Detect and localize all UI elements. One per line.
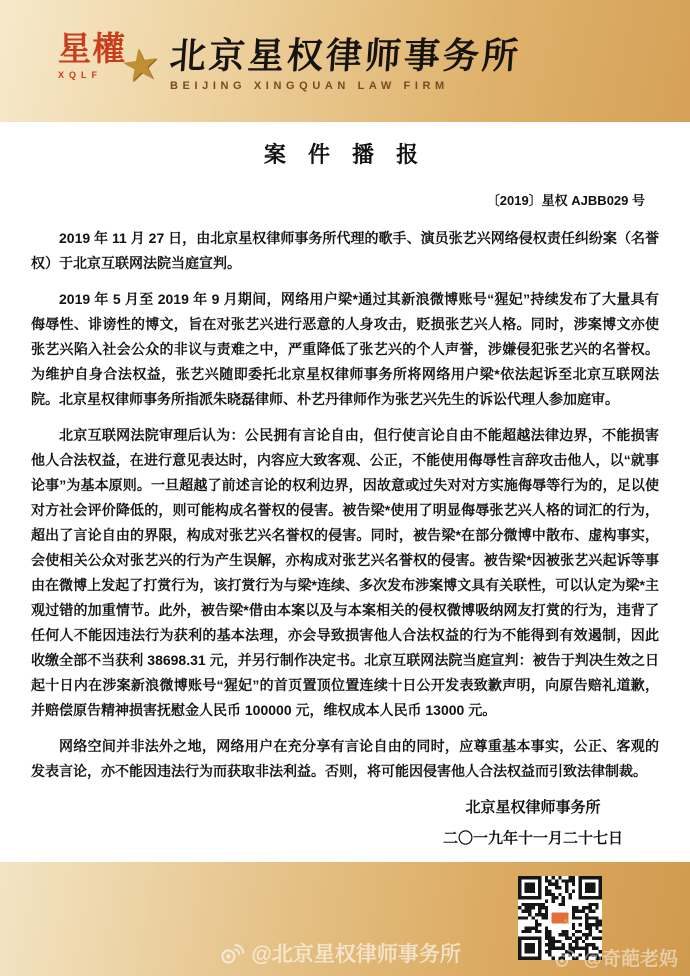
paragraph-court-findings: 北京互联网法院审理后认为：公民拥有言论自由，但行使言论自由不能超越法律边界，不能… bbox=[31, 423, 659, 723]
firm-names: 北京星权律师事务所 BEIJING XINGQUAN LAW FIRM bbox=[170, 34, 521, 92]
firm-seal: 星權 ★ XQLF bbox=[58, 34, 144, 100]
footer-band: @北京星权律师事务所 @奇葩老妈 bbox=[0, 862, 690, 976]
paragraph-case-background: 2019 年 5 月至 2019 年 9 月期间，网络用户梁*通过其新浪微博账号… bbox=[31, 287, 659, 412]
firm-name-en: BEIJING XINGQUAN LAW FIRM bbox=[170, 80, 521, 92]
firm-logo: 星權 ★ XQLF 北京星权律师事务所 BEIJING XINGQUAN LAW… bbox=[58, 34, 521, 100]
firm-name-cn: 北京星权律师事务所 bbox=[169, 36, 523, 76]
watermark-right-text: @奇葩老妈 bbox=[583, 944, 678, 971]
paragraph-closing-remark: 网络空间并非法外之地，网络用户在充分享有言论自由的同时，应尊重基本事实，公正、客… bbox=[31, 734, 659, 784]
document-number: 〔2019〕星权 AJBB029 号 bbox=[31, 190, 659, 209]
watermark-center-text: @北京星权律师事务所 bbox=[251, 938, 460, 968]
paragraph-verdict-announced: 2019 年 11 月 27 日，由北京星权律师事务所代理的歌手、演员张艺兴网络… bbox=[31, 226, 659, 276]
document-body: 案 件 播 报 〔2019〕星权 AJBB029 号 2019 年 11 月 2… bbox=[0, 122, 690, 851]
signature-firm: 北京星权律师事务所 bbox=[443, 795, 623, 820]
document-title: 案 件 播 报 bbox=[31, 140, 659, 170]
signature-block: 北京星权律师事务所 二〇一九年十一月二十七日 bbox=[443, 795, 623, 851]
watermark-center: @北京星权律师事务所 bbox=[219, 938, 460, 968]
case-report-page: 星權 ★ XQLF 北京星权律师事务所 BEIJING XINGQUAN LAW… bbox=[0, 0, 690, 976]
weibo-icon bbox=[219, 942, 245, 965]
seal-characters: 星權 bbox=[58, 32, 126, 68]
weibo-icon bbox=[554, 948, 577, 968]
watermark-right: @奇葩老妈 bbox=[554, 944, 678, 971]
header-band: 星權 ★ XQLF 北京星权律师事务所 BEIJING XINGQUAN LAW… bbox=[0, 0, 690, 122]
signature-date: 二〇一九年十一月二十七日 bbox=[443, 826, 623, 851]
star-icon: ★ bbox=[118, 41, 163, 90]
